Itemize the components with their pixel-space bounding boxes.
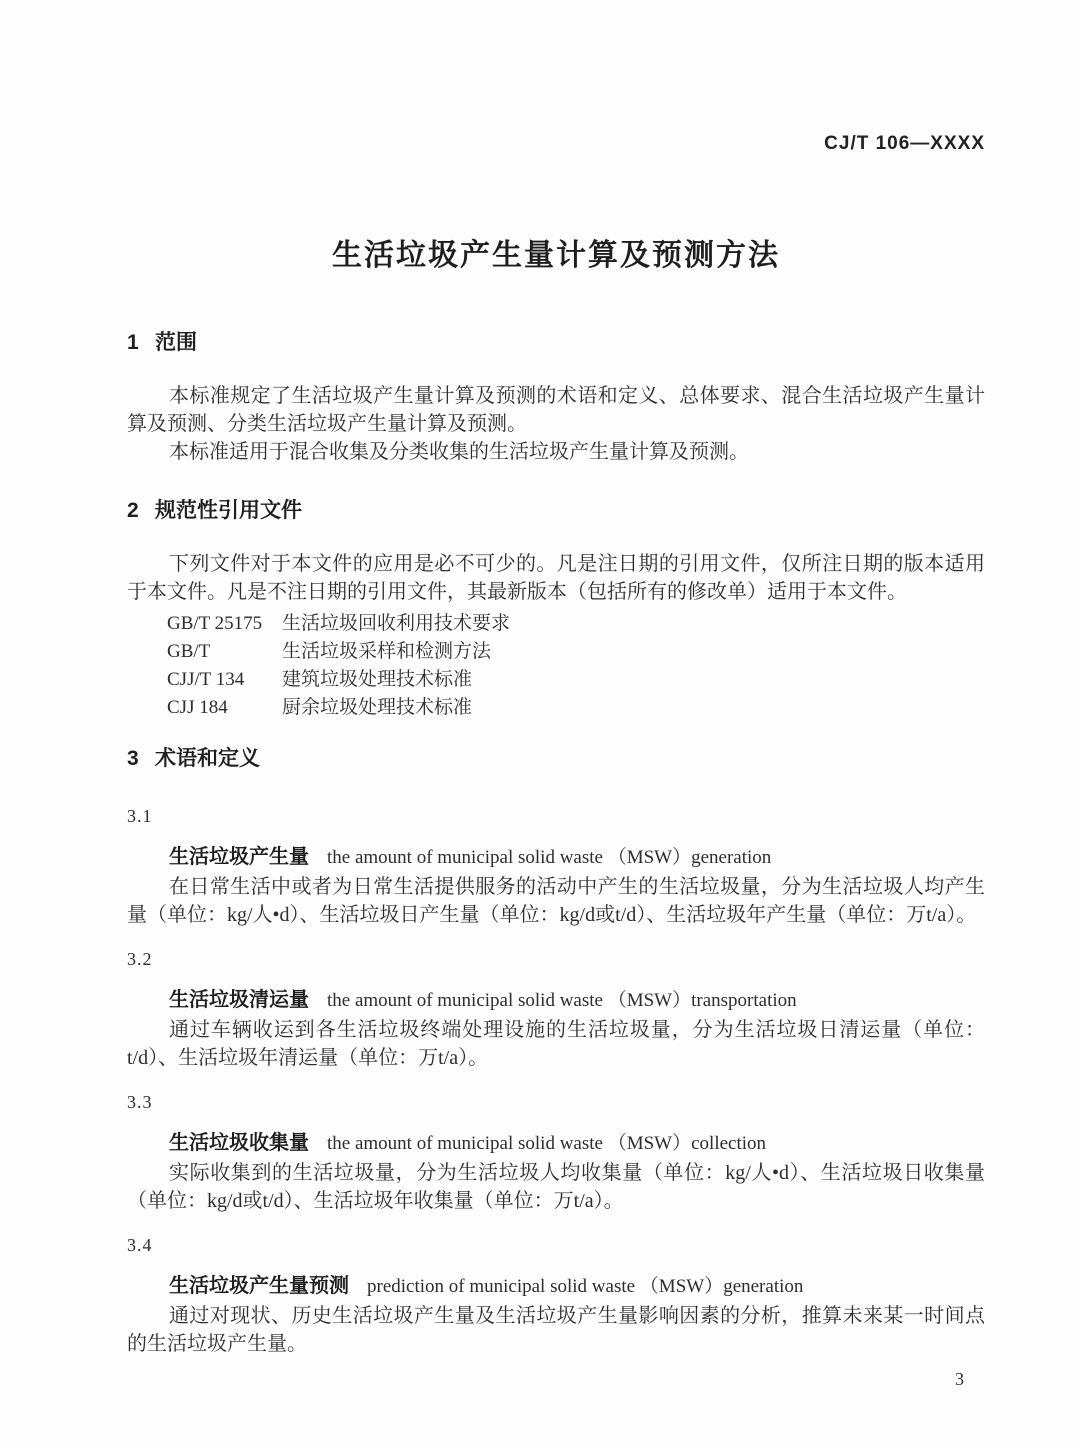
clause-number: 3.4 — [127, 1231, 985, 1259]
document-page: CJ/T 106—XXXX 生活垃圾产生量计算及预测方法 1范围 本标准规定了生… — [0, 0, 1080, 1448]
section-terms-definitions: 3术语和定义 3.1 生活垃圾产生量the amount of municipa… — [127, 744, 985, 1358]
reference-code: GB/T — [167, 638, 282, 666]
reference-title: 生活垃圾回收利用技术要求 — [282, 613, 510, 634]
reference-item: GB/T生活垃圾采样和检测方法 — [167, 638, 985, 666]
paragraph: 下列文件对于本文件的应用是必不可少的。凡是注日期的引用文件，仅所注日期的版本适用… — [127, 550, 985, 606]
paragraph: 本标准规定了生活垃圾产生量计算及预测的术语和定义、总体要求、混合生活垃圾产生量计… — [127, 382, 985, 438]
term-line: 生活垃圾产生量预测prediction of municipal solid w… — [127, 1272, 985, 1302]
section-title: 规范性引用文件 — [155, 499, 302, 522]
term-block: 3.2 生活垃圾清运量the amount of municipal solid… — [127, 945, 985, 1072]
section-title: 术语和定义 — [155, 747, 260, 770]
term-definition: 通过对现状、历史生活垃圾产生量及生活垃圾产生量影响因素的分析，推算未来某一时间点… — [127, 1302, 985, 1358]
term-name-cn: 生活垃圾清运量 — [169, 989, 309, 1011]
term-block: 3.4 生活垃圾产生量预测prediction of municipal sol… — [127, 1231, 985, 1358]
section-number: 2 — [127, 496, 155, 526]
term-line: 生活垃圾收集量the amount of municipal solid was… — [127, 1129, 985, 1159]
section-scope: 1范围 本标准规定了生活垃圾产生量计算及预测的术语和定义、总体要求、混合生活垃圾… — [127, 328, 985, 466]
section-normative-references: 2规范性引用文件 下列文件对于本文件的应用是必不可少的。凡是注日期的引用文件，仅… — [127, 496, 985, 722]
doc-number: CJ/T 106—XXXX — [127, 133, 985, 155]
term-name-en: prediction of municipal solid waste （MSW… — [367, 1276, 803, 1297]
reference-item: CJJ 184厨余垃圾处理技术标准 — [167, 694, 985, 722]
reference-title: 厨余垃圾处理技术标准 — [282, 697, 472, 718]
section-number: 1 — [127, 328, 155, 358]
term-line: 生活垃圾清运量the amount of municipal solid was… — [127, 986, 985, 1016]
term-name-en: the amount of municipal solid waste （MSW… — [327, 1133, 766, 1154]
term-name-en: the amount of municipal solid waste （MSW… — [327, 847, 771, 868]
reference-item: GB/T 25175生活垃圾回收利用技术要求 — [167, 610, 985, 638]
section-title: 范围 — [155, 331, 197, 354]
reference-code: CJJ/T 134 — [167, 666, 282, 694]
clause-number: 3.2 — [127, 945, 985, 973]
reference-code: GB/T 25175 — [167, 610, 282, 638]
term-definition: 通过车辆收运到各生活垃圾终端处理设施的生活垃圾量，分为生活垃圾日清运量（单位：t… — [127, 1016, 985, 1072]
term-name-en: the amount of municipal solid waste （MSW… — [327, 990, 797, 1011]
paragraph: 本标准适用于混合收集及分类收集的生活垃圾产生量计算及预测。 — [127, 438, 985, 466]
clause-number: 3.3 — [127, 1088, 985, 1116]
term-line: 生活垃圾产生量the amount of municipal solid was… — [127, 843, 985, 873]
section-heading: 2规范性引用文件 — [127, 496, 985, 526]
page-title: 生活垃圾产生量计算及预测方法 — [127, 236, 985, 276]
reference-title: 生活垃圾采样和检测方法 — [282, 641, 491, 662]
clause-number: 3.1 — [127, 802, 985, 830]
term-name-cn: 生活垃圾产生量预测 — [169, 1275, 349, 1297]
term-block: 3.1 生活垃圾产生量the amount of municipal solid… — [127, 802, 985, 929]
page-number: 3 — [955, 1368, 964, 1390]
reference-item: CJJ/T 134建筑垃圾处理技术标准 — [167, 666, 985, 694]
section-heading: 3术语和定义 — [127, 744, 985, 774]
term-definition: 在日常生活中或者为日常生活提供服务的活动中产生的生活垃圾量，分为生活垃圾人均产生… — [127, 873, 985, 929]
term-name-cn: 生活垃圾产生量 — [169, 846, 309, 868]
section-number: 3 — [127, 744, 155, 774]
section-heading: 1范围 — [127, 328, 985, 358]
term-block: 3.3 生活垃圾收集量the amount of municipal solid… — [127, 1088, 985, 1215]
reference-title: 建筑垃圾处理技术标准 — [282, 669, 472, 690]
term-definition: 实际收集到的生活垃圾量，分为生活垃圾人均收集量（单位：kg/人•d）、生活垃圾日… — [127, 1159, 985, 1215]
reference-code: CJJ 184 — [167, 694, 282, 722]
reference-list: GB/T 25175生活垃圾回收利用技术要求 GB/T生活垃圾采样和检测方法 C… — [167, 610, 985, 722]
term-name-cn: 生活垃圾收集量 — [169, 1132, 309, 1154]
